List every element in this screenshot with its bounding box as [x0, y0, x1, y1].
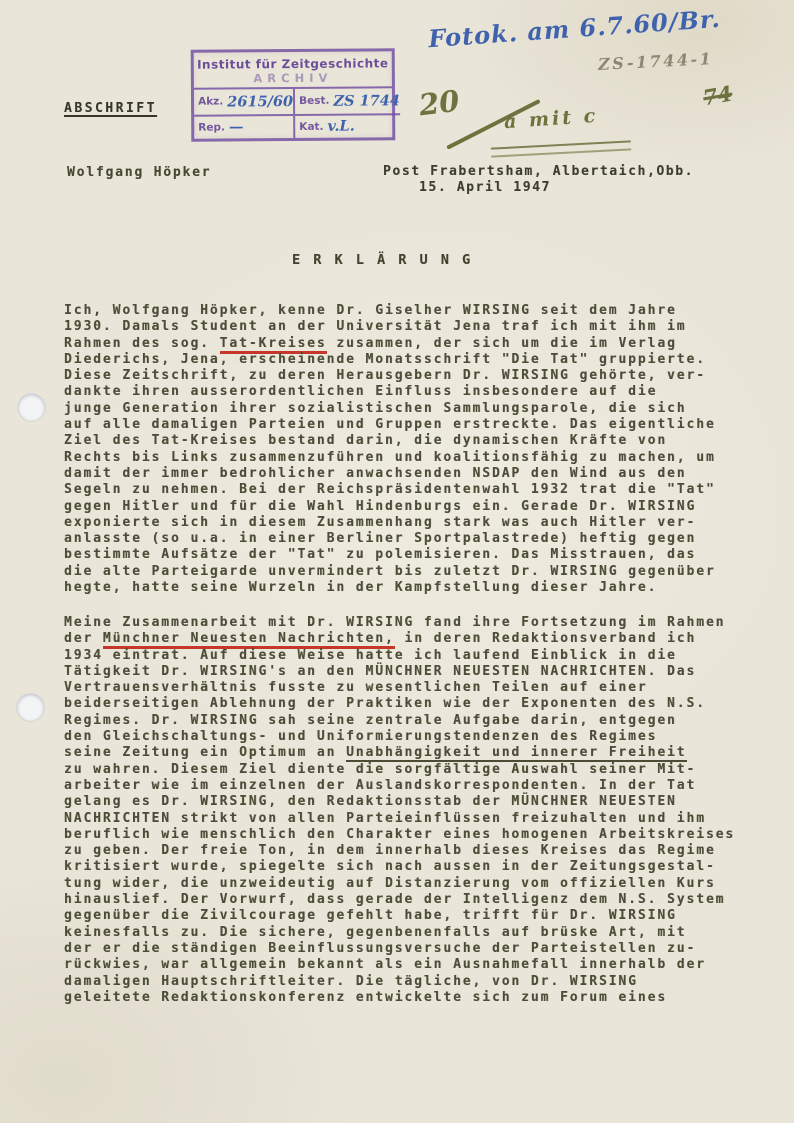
stamp-department: ARCHIV	[194, 70, 392, 85]
typewritten-line: NACHRICHTEN strikt von allen Parteieinfl…	[64, 811, 754, 827]
typewritten-line: Rahmen des sog. Tat-Kreises zusammen, de…	[64, 336, 754, 352]
typewritten-line: auf alle damaligen Parteien und Gruppen …	[64, 417, 754, 433]
typewritten-line: gegen Hitler und für die Wahl Hindenburg…	[64, 499, 754, 515]
typewritten-line: junge Generation ihrer sozialistischen S…	[64, 401, 754, 417]
place-line: Post Frabertsham, Albertaich,Obb.	[383, 164, 694, 179]
stamp-field-value: v.L.	[327, 118, 354, 135]
typewritten-line: gelang es Dr. WIRSING, den Redaktionssta…	[64, 794, 754, 810]
typewritten-line: Vertrauensverhältnis fusste zu wesentlic…	[64, 680, 754, 696]
typewritten-line: exponierte sich in diesem Zusammenhang s…	[64, 515, 754, 531]
stamp-field-label: Best.	[299, 95, 329, 107]
typewritten-line: zu geben. Der freie Ton, in dem innerhal…	[64, 843, 754, 859]
typewritten-line: bestimmte Aufsätze der "Tat" zu polemisi…	[64, 547, 754, 563]
typewritten-line: seine Zeitung ein Optimum an Unabhängigk…	[64, 745, 754, 761]
typewritten-line: Rechts bis Links zusammenzuführen und ko…	[64, 450, 754, 466]
paragraph-two: Meine Zusammenarbeit mit Dr. WIRSING fan…	[64, 615, 754, 1006]
typewritten-line: arbeiter wie im einzelnen der Auslandsko…	[64, 778, 754, 794]
stamp-field-akz: Akz. 2615/60	[194, 89, 293, 114]
typewritten-line: den Gleichschaltungs- und Uniformierungs…	[64, 729, 754, 745]
typewritten-line: kritisiert wurde, spiegelte sich nach au…	[64, 859, 754, 875]
typewritten-line: keinesfalls zu. Die sichere, gegenbenenf…	[64, 925, 754, 941]
document-title: E R K L Ä R U N G	[292, 252, 473, 268]
typewritten-line: Diederichs, Jena, erscheinende Monatssch…	[64, 352, 754, 368]
typewritten-line: die alte Parteigarde unvermindert bis zu…	[64, 564, 754, 580]
typewritten-line: rückwies, war allgemein bekannt als ein …	[64, 957, 754, 973]
typewritten-line: Segeln zu nehmen. Bei der Reichspräsiden…	[64, 482, 754, 498]
stamp-field-label: Akz.	[198, 96, 223, 108]
underlined-phrase: Tat-Kreises	[220, 336, 327, 354]
stamp-field-rep: Rep. —	[194, 113, 293, 138]
copy-label: ABSCHRIFT	[64, 101, 157, 116]
author-name: Wolfgang Höpker	[67, 165, 211, 180]
stamp-field-best: Best. ZS 1744	[293, 88, 400, 113]
typewritten-line: Tätigkeit Dr. WIRSING's an den MÜNCHNER …	[64, 664, 754, 680]
underlined-phrase: Münchner Neuesten Nachrichten,	[103, 631, 395, 649]
typewritten-line: Ich, Wolfgang Höpker, kenne Dr. Giselher…	[64, 303, 754, 319]
handwritten-double-underline	[491, 140, 631, 157]
stamp-institution: Institut für Zeitgeschichte	[194, 56, 392, 71]
shelfmark-handwriting: ZS-1744-1	[598, 49, 714, 74]
stamp-field-kat: Kat. v.L.	[293, 113, 400, 138]
underlined-phrase: Unabhängigkeit und innerer Freiheit	[346, 745, 686, 762]
typewritten-line: damit der immer bedrohlicher anwachsende…	[64, 466, 754, 482]
paragraph-one: Ich, Wolfgang Höpker, kenne Dr. Giselher…	[64, 303, 754, 596]
stamp-field-label: Rep.	[198, 121, 225, 133]
photocopy-note-handwriting: Fotok. am 6.7.60/Br.	[427, 4, 721, 53]
typewritten-line: tung wider, die unzweideutig auf Distanz…	[64, 876, 754, 892]
stamp-field-grid: Akz. 2615/60 Best. ZS 1744 Rep. — Kat. v…	[194, 86, 392, 138]
typewritten-line: 1930. Damals Student an der Universität …	[64, 319, 754, 335]
stamp-field-label: Kat.	[299, 121, 323, 133]
punch-hole-bottom	[17, 694, 44, 721]
typewritten-line: Meine Zusammenarbeit mit Dr. WIRSING fan…	[64, 615, 754, 631]
typewritten-line: Ziel des Tat-Kreises bestand darin, die …	[64, 433, 754, 449]
typewritten-line: Diese Zeitschrift, zu deren Herausgebern…	[64, 368, 754, 384]
typewritten-line: zu wahren. Diesem Ziel diente die sorgfä…	[64, 762, 754, 778]
typewritten-line: der Münchner Neuesten Nachrichten, in de…	[64, 631, 754, 647]
date-line: 15. April 1947	[419, 180, 551, 195]
typewritten-line: hinauslief. Der Vorwurf, dass gerade der…	[64, 892, 754, 908]
typewritten-line: der er die ständigen Beeinflussungsversu…	[64, 941, 754, 957]
typewritten-line: 1934 eintrat. Auf diese Weise hatte ich …	[64, 648, 754, 664]
distribution-number-handwriting: 20	[417, 84, 461, 123]
crossed-out-page-number: 74	[701, 81, 734, 111]
typewritten-line: gegenüber die Zivilcourage gefehlt habe,…	[64, 908, 754, 924]
typewritten-line: Regimes. Dr. WIRSING sah seine zentrale …	[64, 713, 754, 729]
stamp-field-value: ZS 1744	[333, 92, 400, 109]
scanned-document-page: ABSCHRIFT Institut für Zeitgeschichte AR…	[0, 0, 794, 1123]
typewritten-line: beruflich wie menschlich den Charakter e…	[64, 827, 754, 843]
archive-stamp: Institut für Zeitgeschichte ARCHIV Akz. …	[191, 48, 396, 141]
typewritten-line: damaligen Hauptschriftleiter. Die täglic…	[64, 974, 754, 990]
stamp-field-value: 2615/60	[227, 93, 293, 110]
typewritten-line: anlasste (so u.a. in einer Berliner Spor…	[64, 531, 754, 547]
typewritten-line: dankte ihren ausserordentlichen Einfluss…	[64, 384, 754, 400]
typewritten-line: beiderseitigen Ablehnung der Praktiken w…	[64, 696, 754, 712]
punch-hole-top	[18, 394, 45, 421]
typewritten-line: geleitete Redaktionskonferenz entwickelt…	[64, 990, 754, 1006]
typewritten-line: hegte, hatte seine Wurzeln in der Kampfs…	[64, 580, 754, 596]
stamp-field-value: —	[229, 119, 244, 136]
